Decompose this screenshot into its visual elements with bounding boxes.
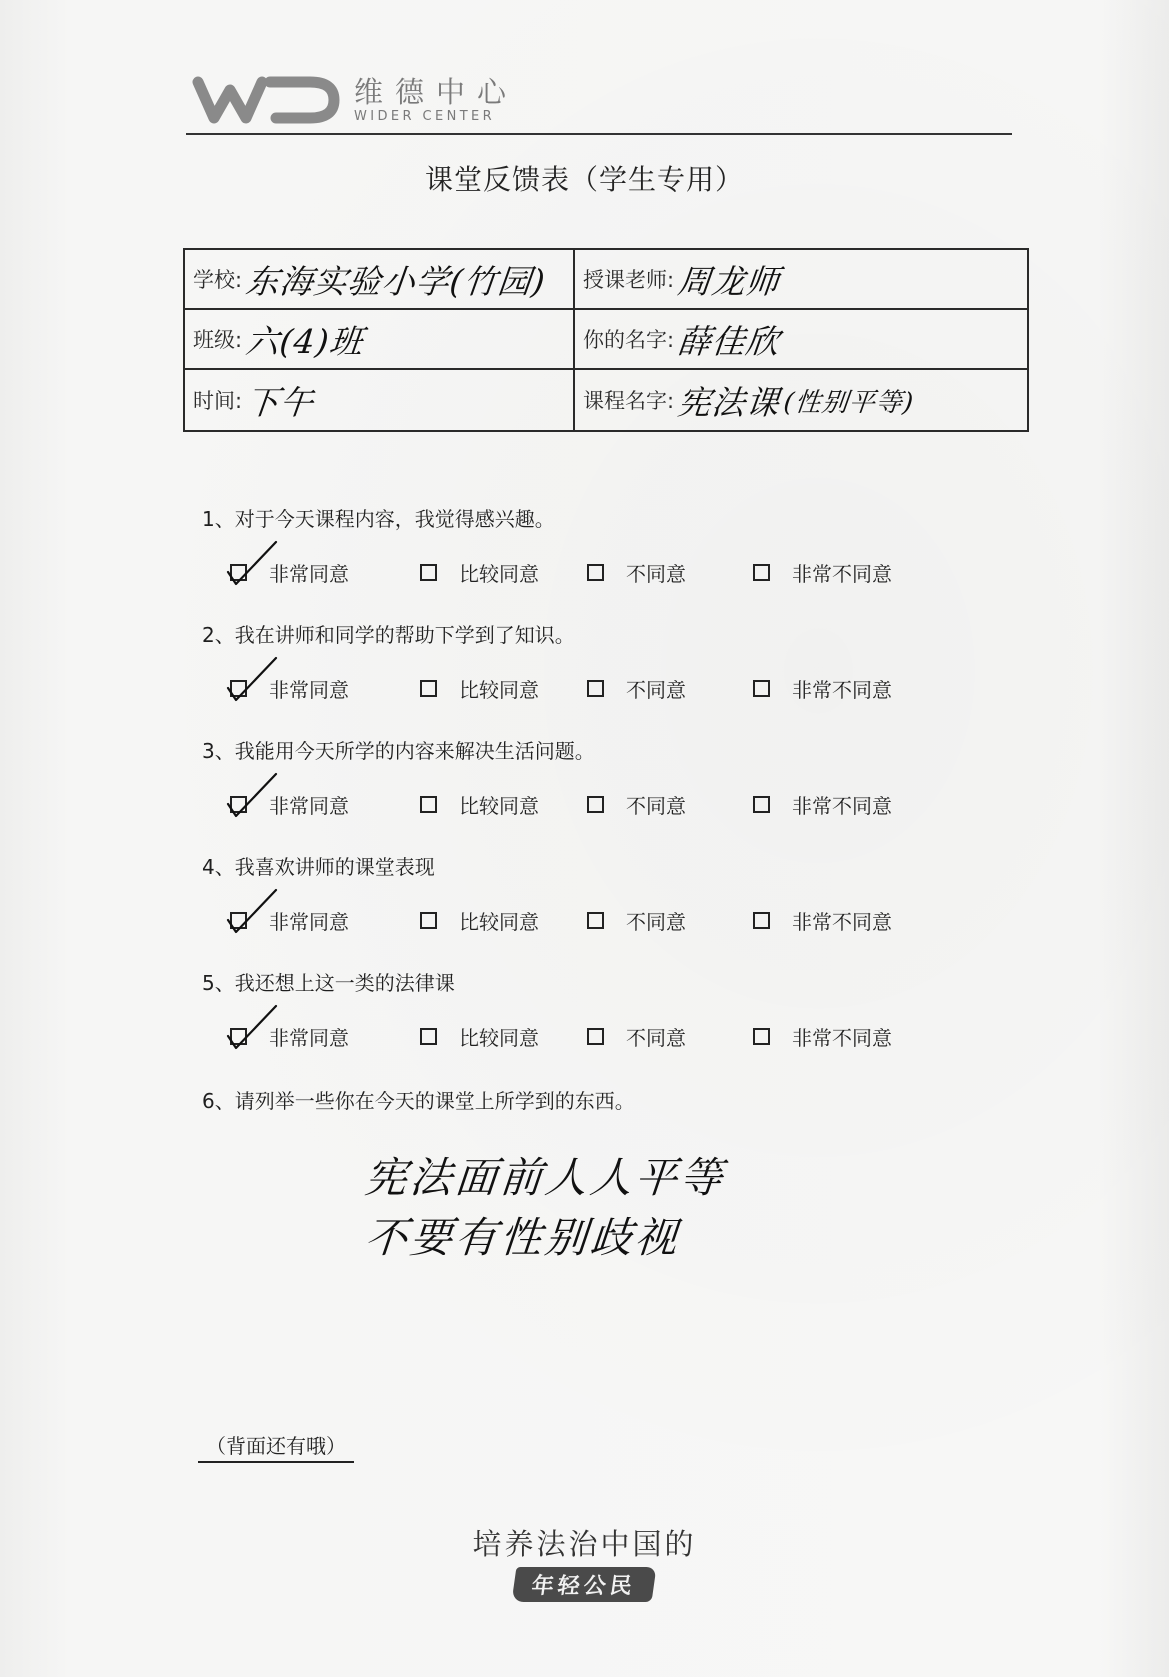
checkbox[interactable] [587,1028,604,1045]
student-name-value: 薛佳欣 [676,316,783,363]
option-label: 非常不同意 [792,558,892,587]
checkbox-checked[interactable] [230,680,247,697]
option-label: 非常不同意 [792,1022,892,1051]
checkbox-checked[interactable] [230,1028,247,1045]
option-2[interactable]: 比较同意 [420,673,539,703]
footer-slogan: 培养法治中国的 年轻公民 [0,1522,1169,1602]
course-value: 宪法课 [676,377,783,424]
question-prompt: 1、对于今天课程内容，我觉得感兴趣。 [202,503,555,532]
option-4[interactable]: 非常不同意 [753,789,892,819]
school-label: 学校: [193,264,242,294]
option-label: 不同意 [626,906,686,935]
open-question-prompt: 6、请列举一些你在今天的课堂上所学到的东西。 [202,1085,635,1114]
option-4[interactable]: 非常不同意 [753,557,892,587]
checkbox-checked[interactable] [230,912,247,929]
answer-options: 非常同意比较同意不同意非常不同意 [230,557,1030,587]
checkbox[interactable] [587,680,604,697]
checkbox[interactable] [753,796,770,813]
option-label: 不同意 [626,558,686,587]
checkbox[interactable] [420,1028,437,1045]
class-field[interactable]: 班级: 六(4)班 [185,310,575,370]
student-name-label: 你的名字: [583,324,674,354]
checkbox[interactable] [753,564,770,581]
option-label: 非常不同意 [792,790,892,819]
option-1[interactable]: 非常同意 [230,905,349,935]
option-label: 不同意 [626,674,686,703]
option-4[interactable]: 非常不同意 [753,673,892,703]
option-3[interactable]: 不同意 [587,673,686,703]
option-label: 比较同意 [459,1022,539,1051]
time-label: 时间: [193,385,242,415]
option-label: 比较同意 [459,558,539,587]
option-label: 非常同意 [269,674,349,703]
answer-line: 不要有性别歧视 [362,1208,727,1268]
checkbox-checked[interactable] [230,796,247,813]
backside-note: （背面还有哦） [198,1430,354,1463]
option-4[interactable]: 非常不同意 [753,905,892,935]
option-2[interactable]: 比较同意 [420,789,539,819]
open-question-answer[interactable]: 宪法面前人人平等 不要有性别歧视 [365,1148,725,1268]
checkbox[interactable] [587,912,604,929]
student-name-field[interactable]: 你的名字: 薛佳欣 [575,310,1027,370]
checkbox[interactable] [587,564,604,581]
option-label: 不同意 [626,790,686,819]
school-field[interactable]: 学校: 东海实验小学(竹园) [185,250,575,310]
time-value: 下午 [244,377,317,424]
form-title: 课堂反馈表（学生专用） [0,158,1169,198]
option-2[interactable]: 比较同意 [420,557,539,587]
checkbox-checked[interactable] [230,564,247,581]
logo-chinese-name: 维德中心 [354,75,518,109]
answer-options: 非常同意比较同意不同意非常不同意 [230,673,1030,703]
question-prompt: 2、我在讲师和同学的帮助下学到了知识。 [202,619,575,648]
class-value: 六(4)班 [244,316,367,363]
class-label: 班级: [193,324,242,354]
answer-options: 非常同意比较同意不同意非常不同意 [230,1021,1030,1051]
question-prompt: 3、我能用今天所学的内容来解决生活问题。 [202,735,595,764]
question-prompt: 5、我还想上这一类的法律课 [202,967,455,996]
option-2[interactable]: 比较同意 [420,1021,539,1051]
header-divider [186,133,1012,135]
option-label: 比较同意 [459,674,539,703]
slogan-text: 培养法治中国的 [0,1522,1169,1563]
option-label: 不同意 [626,1022,686,1051]
option-3[interactable]: 不同意 [587,905,686,935]
checkbox[interactable] [420,912,437,929]
answer-options: 非常同意比较同意不同意非常不同意 [230,789,1030,819]
option-label: 非常同意 [269,906,349,935]
checkbox[interactable] [753,1028,770,1045]
option-label: 非常不同意 [792,674,892,703]
logo-english-name: WIDER CENTER [354,109,518,125]
option-3[interactable]: 不同意 [587,789,686,819]
option-1[interactable]: 非常同意 [230,673,349,703]
option-label: 非常同意 [269,558,349,587]
option-3[interactable]: 不同意 [587,1021,686,1051]
checkbox[interactable] [420,564,437,581]
teacher-value: 周龙师 [676,256,783,303]
course-label: 课程名字: [583,385,674,415]
teacher-field[interactable]: 授课老师: 周龙师 [575,250,1027,310]
option-3[interactable]: 不同意 [587,557,686,587]
option-label: 非常不同意 [792,906,892,935]
teacher-label: 授课老师: [583,264,674,294]
checkbox[interactable] [753,912,770,929]
checkbox[interactable] [587,796,604,813]
info-table: 学校: 东海实验小学(竹园) 授课老师: 周龙师 班级: 六(4)班 你的名字:… [183,248,1029,432]
answer-options: 非常同意比较同意不同意非常不同意 [230,905,1030,935]
option-label: 比较同意 [459,790,539,819]
time-field[interactable]: 时间: 下午 [185,370,575,430]
course-field[interactable]: 课程名字: 宪法课 (性别平等) [575,370,1027,430]
checkbox[interactable] [753,680,770,697]
answer-line: 宪法面前人人平等 [362,1148,727,1208]
course-note: (性别平等) [782,382,916,419]
wd-logo-icon [192,74,340,126]
question-prompt: 4、我喜欢讲师的课堂表现 [202,851,435,880]
checkbox[interactable] [420,796,437,813]
slogan-badge: 年轻公民 [512,1567,657,1602]
option-1[interactable]: 非常同意 [230,1021,349,1051]
checkbox[interactable] [420,680,437,697]
wider-center-logo: 维德中心 WIDER CENTER [192,72,518,128]
option-4[interactable]: 非常不同意 [753,1021,892,1051]
option-label: 比较同意 [459,906,539,935]
school-value: 东海实验小学(竹园) [244,256,549,303]
option-2[interactable]: 比较同意 [420,905,539,935]
option-1[interactable]: 非常同意 [230,789,349,819]
feedback-form-page: 维德中心 WIDER CENTER 课堂反馈表（学生专用） 学校: 东海实验小学… [0,0,1169,1677]
option-label: 非常同意 [269,1022,349,1051]
option-1[interactable]: 非常同意 [230,557,349,587]
option-label: 非常同意 [269,790,349,819]
